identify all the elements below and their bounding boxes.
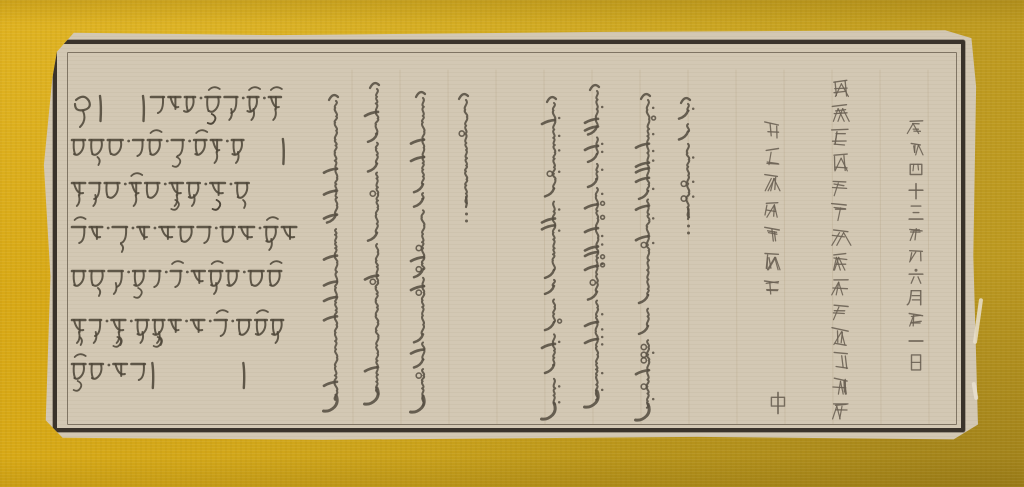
- tibetan-line: གསུམ་པའི་ཟླ་ཚེས་ལ །: [66, 92, 67, 93]
- mongolian-text-block: Mongolian vertical script, 4 columns (la…: [318, 80, 488, 425]
- chinese-date-column: 乾隆四十三年閏六月初一日: [898, 112, 936, 374]
- chinese-date-text: 乾隆四十三年閏六月初一日: [898, 112, 899, 113]
- manchu-text-block: Manchu vertical script with diacritic do…: [534, 80, 709, 430]
- tibetan-line: ༄། །གནམ་སྐྱོང་ལོ་ཞེ: [66, 92, 67, 93]
- chinese-subject-column: 畫像陽體秘密佛: [754, 115, 792, 307]
- tibetan-line: བཀའ་ཡིས་ལྕང་སྐྱ་ཧུ: [66, 92, 67, 93]
- chinese-dedication-text: 欽命章嘉胡土克圖認看供奉利益: [822, 72, 823, 73]
- tibetan-line: ཐོག་ཐུ་ལ་གཏད་ནས་ངོས: [66, 92, 67, 93]
- tibetan-text-block: ༄། །གནམ་སྐྱོང་ལོ་ཞེ གསུམ་པའི་ཟླ་ཚེས་ལ ། …: [66, 92, 302, 402]
- chinese-position-mark: 中: [764, 390, 792, 418]
- photo-frame: ༄། །གནམ་སྐྱོང་ལོ་ཞེ གསུམ་པའི་ཟླ་ཚེས་ལ ། …: [0, 0, 1024, 487]
- mongolian-script-label: Mongolian vertical script, 4 columns (la…: [318, 80, 319, 81]
- tibetan-line: ཕྱིན་ཅན། །: [66, 92, 67, 93]
- chinese-dedication-column: 欽命章嘉胡土克圖認看供奉利益: [822, 72, 860, 424]
- chinese-subject-text: 畫像陽體秘密佛: [754, 115, 755, 116]
- chinese-position-mark-text: 中: [764, 390, 765, 391]
- tibetan-line: ཕུས་སྐུ་མགྱུད་པ་དེ་མཆོག: [66, 92, 67, 93]
- tibetan-line: བཟུང་བྱས་ཏེ་མཆོད་པའི: [66, 92, 67, 93]
- manchu-script-label: Manchu vertical script with diacritic do…: [534, 80, 535, 81]
